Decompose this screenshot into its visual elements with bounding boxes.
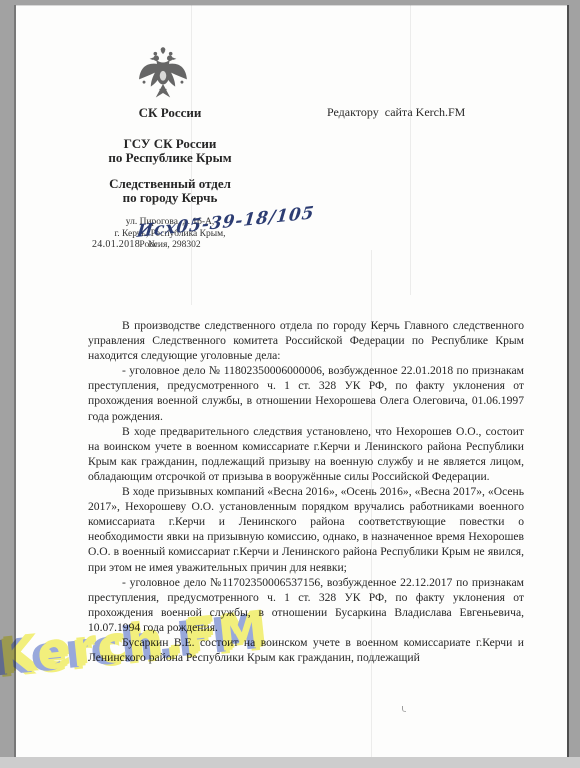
body-paragraph: Бусаркин В.Е. состоит на воинском учете …	[88, 635, 524, 665]
letter-date: 24.01.2018	[92, 239, 140, 250]
scan-speck	[402, 706, 406, 712]
body-paragraph: В производстве следственного отдела по г…	[88, 318, 524, 363]
scan-bottom-edge	[0, 757, 580, 768]
body-paragraph: В ходе предварительного следствия устано…	[88, 424, 524, 484]
agency-name-line2: по Республике Крым	[83, 151, 257, 165]
scanned-letter-screenshot: { "letterhead": { "emblem_icon": "russia…	[0, 0, 580, 768]
body-paragraph: В ходе призывных компаний «Весна 2016», …	[88, 484, 524, 575]
department-name-line2: по городу Керчь	[83, 191, 257, 205]
number-sign: №	[148, 239, 158, 250]
russia-coat-of-arms-icon	[134, 46, 192, 102]
department-name-line1: Следственный отдел	[83, 177, 257, 191]
agency-name-line1: ГСУ СК России	[83, 137, 257, 151]
letter-body: В производстве следственного отдела по г…	[88, 318, 524, 665]
agency-short-name: СК России	[83, 106, 257, 120]
body-paragraph: - уголовное дело №11702350006537156, воз…	[88, 575, 524, 635]
body-paragraph: - уголовное дело № 11802350006000006, во…	[88, 363, 524, 423]
fold-line	[410, 5, 411, 295]
addressee-line: Редактору сайта Kerch.FM	[327, 105, 465, 120]
